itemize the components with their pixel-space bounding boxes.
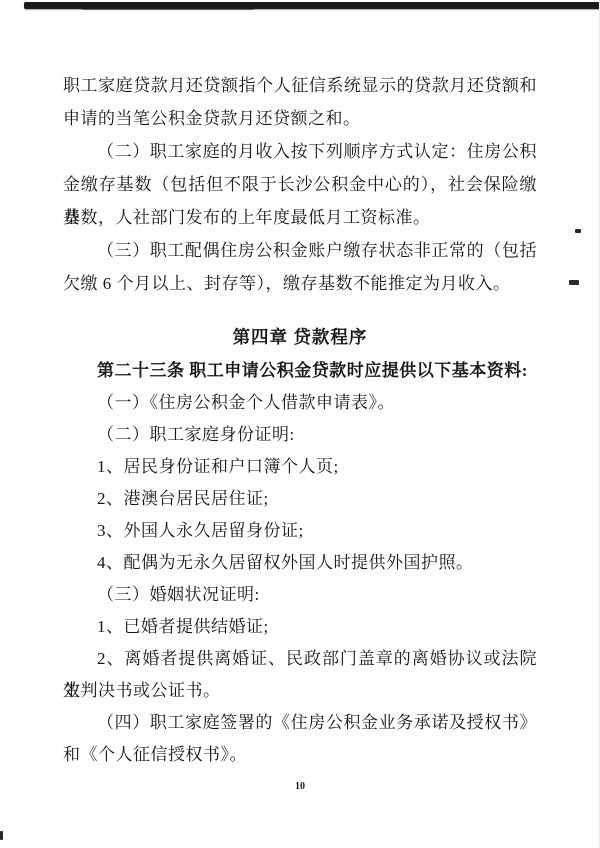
paragraph-line: 和《个人征信授权书》。: [63, 739, 537, 771]
paragraph-line: 基数，人社部门发布的上年度最低月工资标准。: [63, 201, 537, 234]
article-title-line: 第二十三条 职工申请公积金贷款时应提供以下基本资料:: [63, 355, 537, 387]
list-item: （一）《住房公积金个人借款申请表》。: [63, 387, 537, 419]
paragraph-line: （三）职工配偶住房公积金账户缴存状态非正常的（包括: [63, 234, 537, 267]
list-item: （二）职工家庭身份证明:: [63, 419, 537, 451]
scanner-edge-artifact: [24, 2, 600, 9]
paragraph-line: 金缴存基数（包括但不限于长沙公积金中心的），社会保险缴费: [63, 168, 537, 201]
paragraph-line: 欠缴 6 个月以上、封存等），缴存基数不能推定为月收入。: [63, 267, 537, 300]
paragraph-line: 效判决书或公证书。: [63, 675, 537, 707]
paragraph-line: 职工家庭贷款月还贷额指个人征信系统显示的贷款月还贷额和: [63, 69, 537, 102]
list-item: 2、港澳台居民居住证;: [63, 483, 537, 515]
chapter-heading: 第四章 贷款程序: [63, 321, 537, 353]
document-body: 职工家庭贷款月还贷额指个人征信系统显示的贷款月还贷额和申请的当笔公积金贷款月还贷…: [63, 69, 537, 771]
paragraph-line: 2、离婚者提供离婚证、民政部门盖章的离婚协议或法院生: [63, 643, 537, 675]
list-item: 3、外国人永久居留身份证;: [63, 515, 537, 547]
scan-speck: [575, 229, 581, 233]
list-item: 1、居民身份证和户口簿个人页;: [63, 451, 537, 483]
scan-speck: [569, 280, 579, 285]
list-item: （三）婚姻状况证明:: [63, 579, 537, 611]
scanned-document-page: 职工家庭贷款月还贷额指个人征信系统显示的贷款月还贷额和申请的当笔公积金贷款月还贷…: [0, 0, 600, 848]
paragraph-line: 申请的当笔公积金贷款月还贷额之和。: [63, 102, 537, 135]
page-number: 10: [0, 781, 600, 792]
list-item: 4、配偶为无永久居留权外国人时提供外国护照。: [63, 547, 537, 579]
paragraph-line: （二）职工家庭的月收入按下列顺序方式认定：住房公积: [63, 135, 537, 168]
paragraph-line: （四）职工家庭签署的《住房公积金业务承诺及授权书》: [63, 707, 537, 739]
scan-speck: [0, 831, 3, 840]
list-item: 1、已婚者提供结婚证;: [63, 611, 537, 643]
